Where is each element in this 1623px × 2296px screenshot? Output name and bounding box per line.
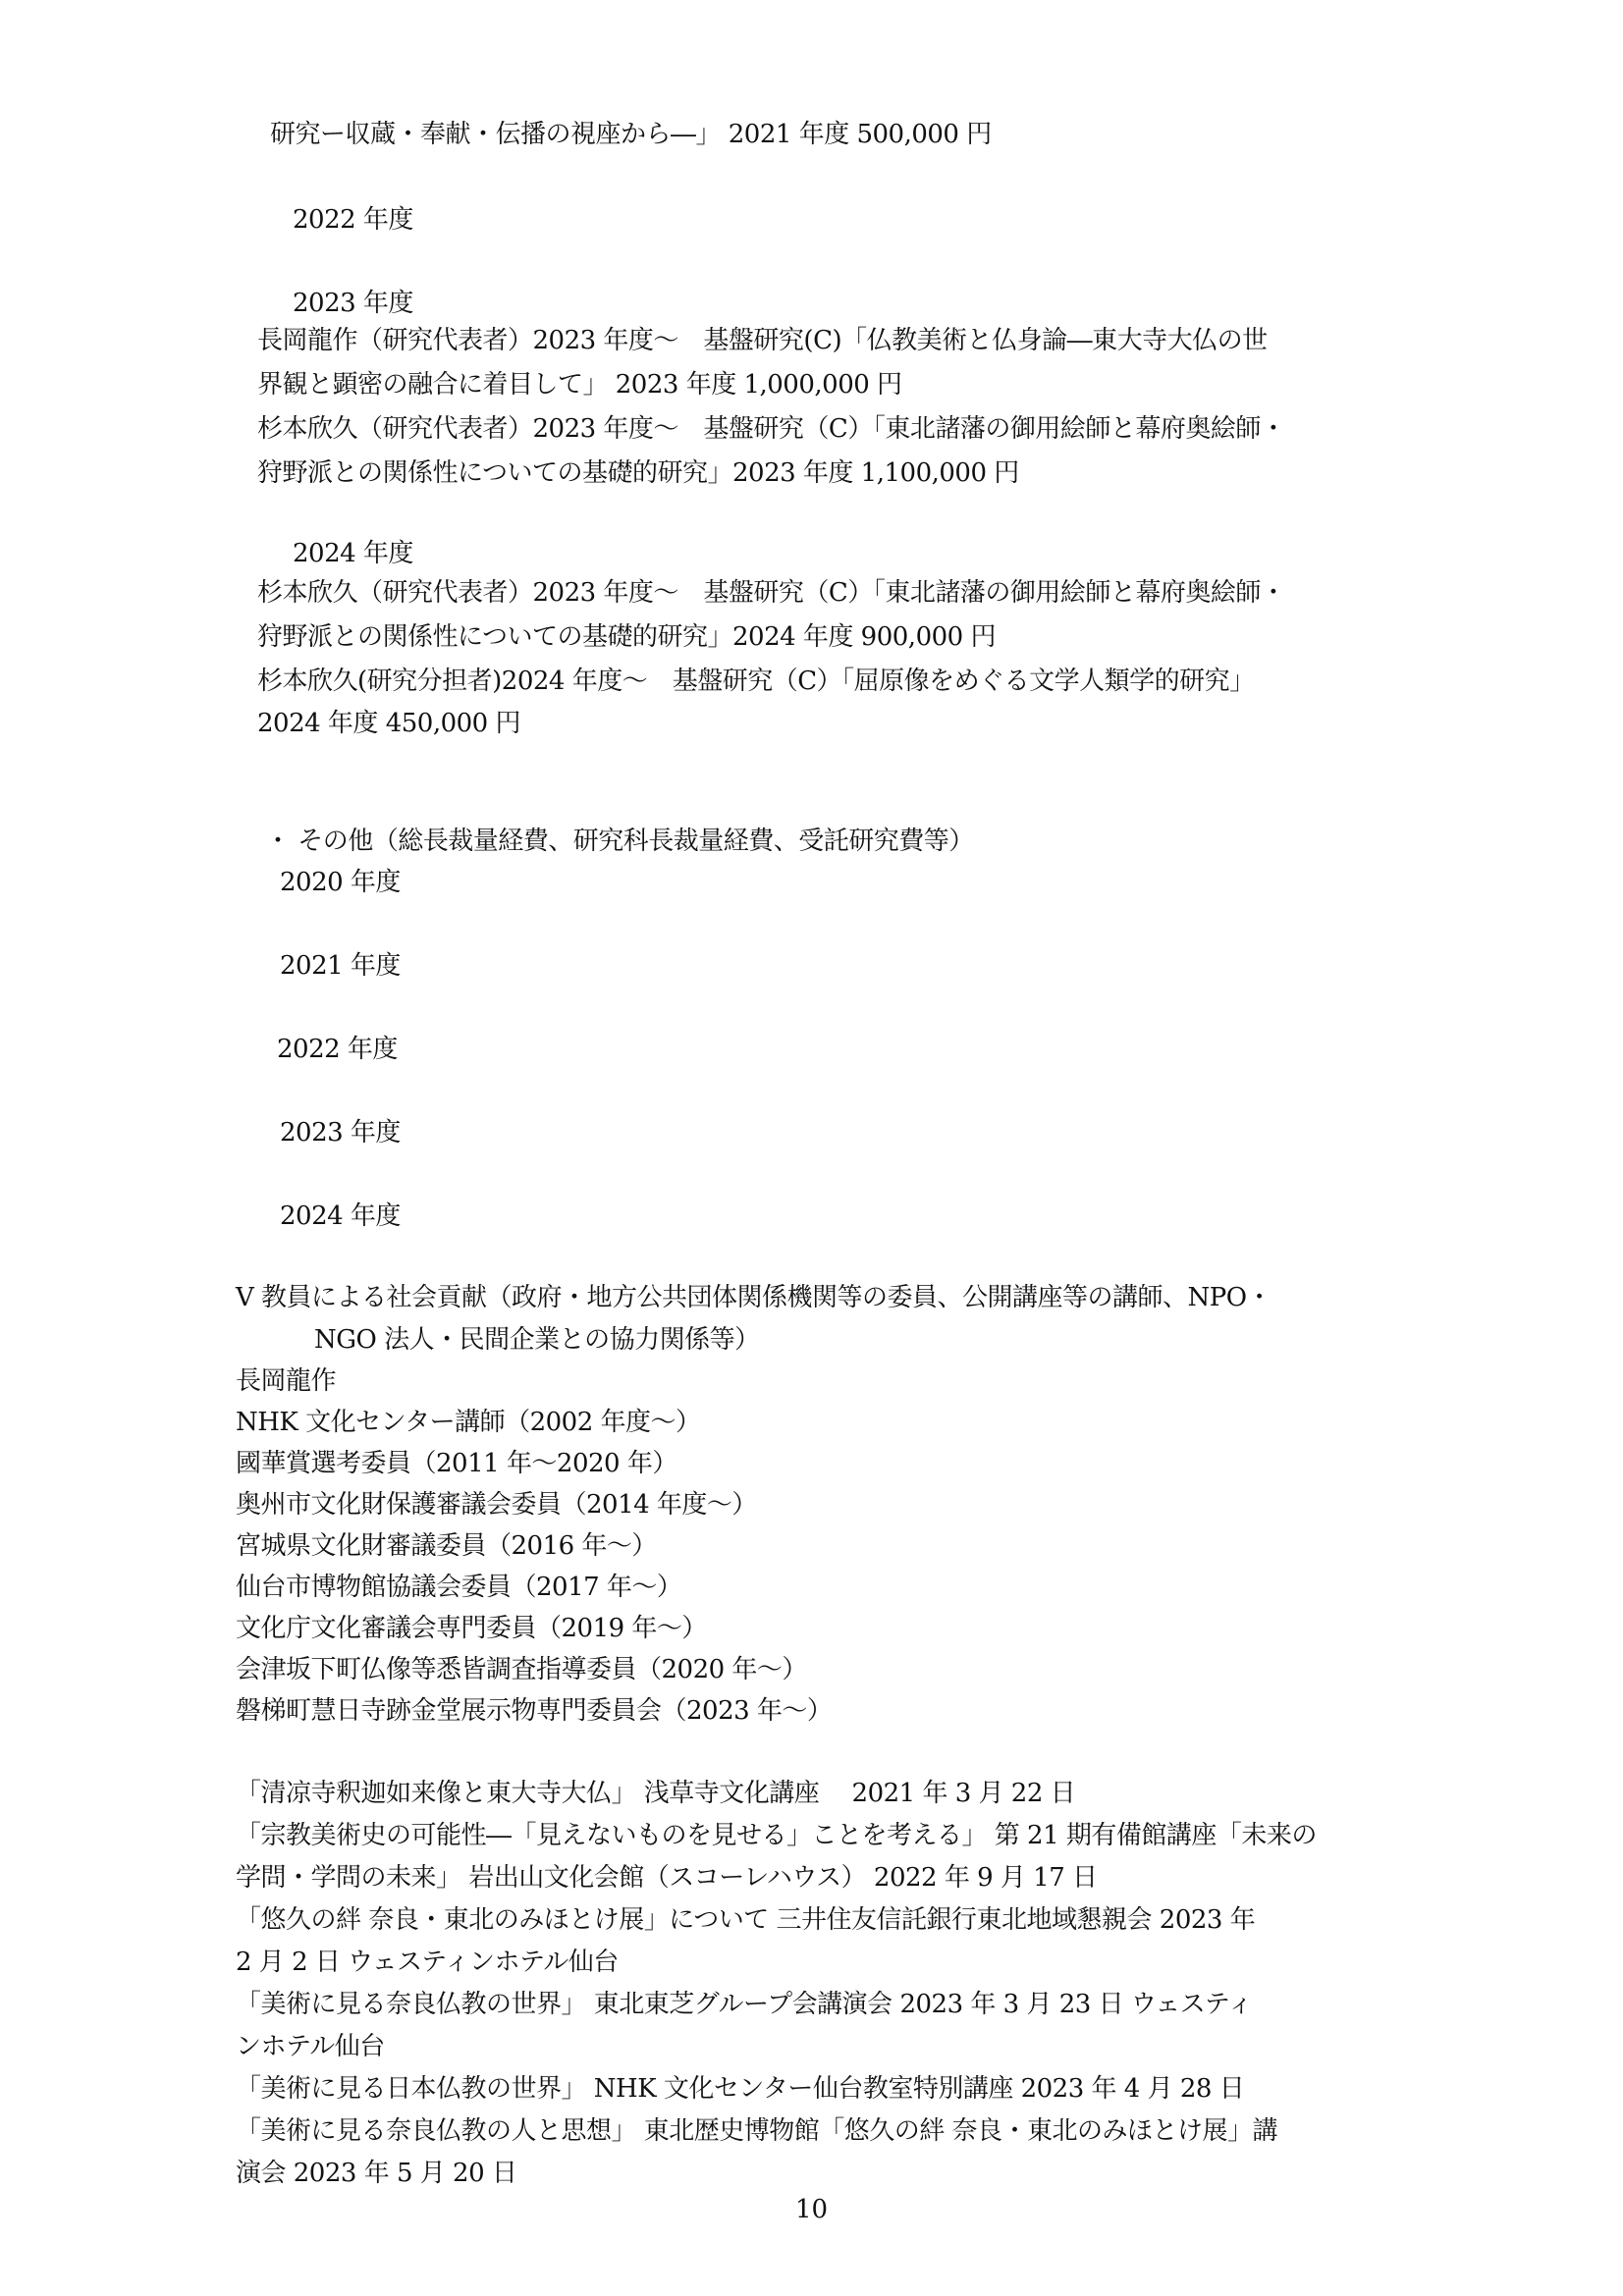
role-item: 会津坂下町仏像等悉皆調査指導委員（2020 年～）: [236, 1651, 807, 1688]
year-heading-2022: 2022 年度: [293, 201, 413, 239]
document-page: 研究ー収蔵・奉献・伝播の視座から―」 2021 年度 500,000 円 202…: [0, 0, 1623, 2296]
role-item: 磐梯町慧日寺跡金堂展示物専門委員会（2023 年～）: [236, 1692, 832, 1730]
lecture-line: 「悠久の絆 奈良・東北のみほとけ展」について 三井住友信託銀行東北地域懇親会 2…: [236, 1901, 1255, 1939]
section-v-heading: Ⅴ 教員による社会貢献（政府・地方公共団体関係機関等の委員、公開講座等の講師、N…: [236, 1279, 1271, 1316]
year-heading-2024: 2024 年度: [293, 535, 413, 572]
grant-entry-line: 狩野派との関係性についての基礎的研究」2023 年度 1,100,000 円: [257, 454, 1019, 492]
grant-continuation-line: 研究ー収蔵・奉献・伝播の視座から―」 2021 年度 500,000 円: [270, 116, 992, 153]
grant-entry-line: 長岡龍作（研究代表者）2023 年度～ 基盤研究(C)「仏教美術と仏身論―東大寺…: [257, 322, 1268, 359]
other-funding-year: 2023 年度: [280, 1114, 401, 1151]
role-item: 宮城県文化財審議委員（2016 年～）: [236, 1527, 657, 1565]
lecture-line: ンホテル仙台: [236, 2028, 385, 2065]
role-item: NHK 文化センター講師（2002 年度～）: [236, 1404, 701, 1441]
grant-entry-line: 界観と顕密の融合に着目して」 2023 年度 1,000,000 円: [257, 366, 902, 403]
section-v-heading-continued: NGO 法人・民間企業との協力関係等）: [314, 1321, 760, 1359]
grant-entry-line: 杉本欣久（研究代表者）2023 年度～ 基盤研究（C）「東北諸藩の御用絵師と幕府…: [257, 574, 1285, 612]
lecture-line: 「美術に見る奈良仏教の世界」 東北東芝グループ会講演会 2023 年 3 月 2…: [236, 1986, 1253, 2023]
other-funding-year: 2024 年度: [280, 1198, 401, 1235]
grant-entry-line: 狩野派との関係性についての基礎的研究」2024 年度 900,000 円: [257, 618, 996, 656]
lecture-line: 「美術に見る日本仏教の世界」 NHK 文化センター仙台教室特別講座 2023 年…: [236, 2070, 1244, 2108]
other-funding-year: 2020 年度: [280, 864, 401, 901]
year-heading-2023: 2023 年度: [293, 285, 413, 322]
grant-entry-line: 2024 年度 450,000 円: [257, 705, 520, 742]
lecture-line: 学問・学問の未来」 岩出山文化会館（スコーレハウス） 2022 年 9 月 17…: [236, 1859, 1098, 1896]
lecture-line: 2 月 2 日 ウェスティンホテル仙台: [236, 1944, 619, 1981]
lecture-line: 演会 2023 年 5 月 20 日: [236, 2155, 516, 2192]
lecture-line: 「清凉寺釈迦如来像と東大寺大仏」 浅草寺文化講座 2021 年 3 月 22 日: [236, 1775, 1075, 1812]
role-item: 仙台市博物館協議会委員（2017 年～）: [236, 1569, 681, 1606]
other-funding-year: 2022 年度: [277, 1031, 398, 1068]
page-number: 10: [0, 2191, 1623, 2228]
lecture-line: 「美術に見る奈良仏教の人と思想」 東北歴史博物館「悠久の絆 奈良・東北のみほとけ…: [236, 2112, 1277, 2150]
other-funding-year: 2021 年度: [280, 947, 401, 985]
person-name: 長岡龍作: [236, 1362, 336, 1400]
lecture-line: 「宗教美術史の可能性―「見えないものを見せる」ことを考える」 第 21 期有備館…: [236, 1817, 1317, 1854]
grant-entry-line: 杉本欣久(研究分担者)2024 年度～ 基盤研究（C）「屈原像をめぐる文学人類学…: [257, 663, 1255, 700]
role-item: 國華賞選考委員（2011 年～2020 年）: [236, 1445, 677, 1482]
other-funding-heading: ・ その他（総長裁量経費、研究科長裁量経費、受託研究費等）: [265, 823, 974, 860]
grant-entry-line: 杉本欣久（研究代表者）2023 年度～ 基盤研究（C）「東北諸藩の御用絵師と幕府…: [257, 410, 1285, 448]
role-item: 奥州市文化財保護審議会委員（2014 年度～）: [236, 1486, 757, 1523]
role-item: 文化庁文化審議会専門委員（2019 年～）: [236, 1610, 707, 1647]
